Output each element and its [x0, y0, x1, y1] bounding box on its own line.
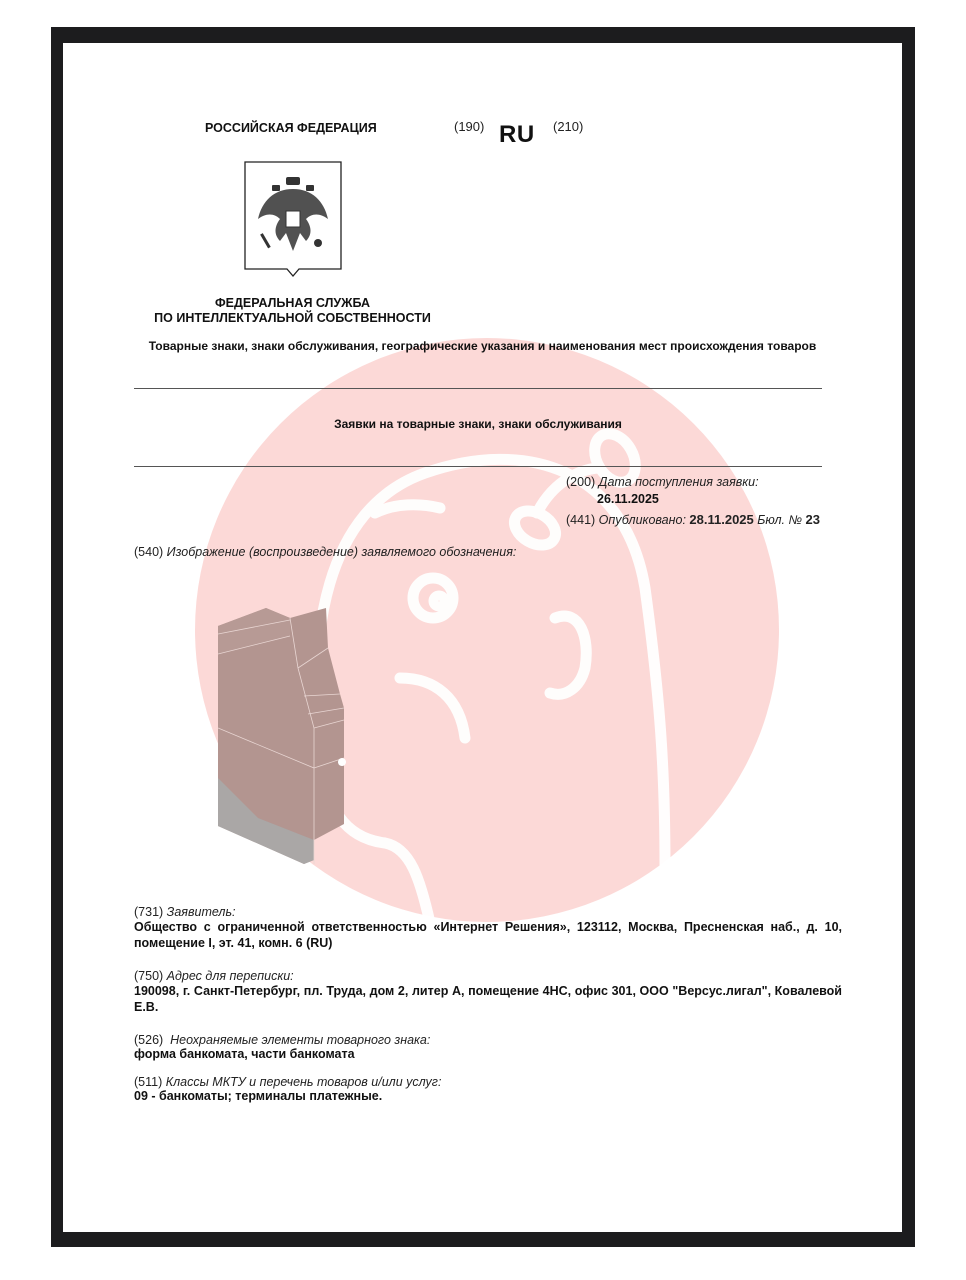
disclaimed-value: форма банкомата, части банкомата: [134, 1047, 842, 1061]
section-title: Товарные знаки, знаки обслуживания, геог…: [110, 339, 855, 353]
code-511: (511): [134, 1075, 162, 1089]
publication-caption: Опубликовано:: [599, 513, 686, 527]
filing-date-caption: Дата поступления заявки:: [599, 475, 759, 489]
russian-coat-of-arms-icon: [244, 161, 342, 277]
country-name: РОССИЙСКАЯ ФЕДЕРАЦИЯ: [205, 121, 377, 135]
correspondence-section: (750) Адрес для переписки: 190098, г. Са…: [134, 969, 842, 1015]
correspondence-caption: Адрес для переписки:: [167, 969, 294, 983]
subsection-title: Заявки на товарные знаки, знаки обслужив…: [134, 417, 822, 431]
agency-line-2: ПО ИНТЕЛЛЕКТУАЛЬНОЙ СОБСТВЕННОСТИ: [140, 311, 445, 326]
classes-caption: Классы МКТУ и перечень товаров и/или усл…: [166, 1075, 442, 1089]
code-731: (731): [134, 905, 163, 919]
image-field-label: (540) Изображение (воспроизведение) заяв…: [134, 545, 516, 559]
applicant-caption: Заявитель:: [167, 905, 236, 919]
correspondence-value: 190098, г. Санкт-Петербург, пл. Труда, д…: [134, 983, 842, 1015]
code-200: (200): [566, 475, 595, 489]
disclaimed-section: (526) Неохраняемые элементы товарного зн…: [134, 1033, 842, 1061]
applicant-section: (731) Заявитель: Общество с ограниченной…: [134, 905, 842, 951]
code-540: (540): [134, 545, 163, 559]
filing-date-value: 26.11.2025: [597, 492, 659, 506]
code-750: (750): [134, 969, 163, 983]
classes-section: (511) Классы МКТУ и перечень товаров и/и…: [134, 1075, 842, 1103]
atm-kiosk-drawing: [218, 608, 366, 864]
country-code: RU: [499, 121, 535, 149]
divider-top: [134, 388, 822, 389]
filing-date-label: (200) Дата поступления заявки:: [566, 475, 759, 489]
applicant-value: Общество с ограниченной ответственностью…: [134, 919, 842, 951]
code-526: (526): [134, 1033, 163, 1047]
code-441: (441): [566, 513, 595, 527]
image-field-caption: Изображение (воспроизведение) заявляемог…: [167, 545, 517, 559]
publication-line: (441) Опубликовано: 28.11.2025 Бюл. № 23: [566, 512, 820, 527]
agency-line-1: ФЕДЕРАЛЬНАЯ СЛУЖБА: [140, 296, 445, 311]
code-190: (190): [454, 119, 484, 134]
classes-value: 09 - банкоматы; терминалы платежные.: [134, 1089, 842, 1103]
bulletin-number: 23: [806, 512, 820, 527]
divider-bottom: [134, 466, 822, 467]
disclaimed-caption: Неохраняемые элементы товарного знака:: [170, 1033, 430, 1047]
agency-name: ФЕДЕРАЛЬНАЯ СЛУЖБА ПО ИНТЕЛЛЕКТУАЛЬНОЙ С…: [140, 296, 445, 326]
bulletin-label: Бюл. №: [757, 513, 802, 527]
publication-date: 28.11.2025: [689, 512, 753, 527]
code-210: (210): [553, 119, 583, 134]
